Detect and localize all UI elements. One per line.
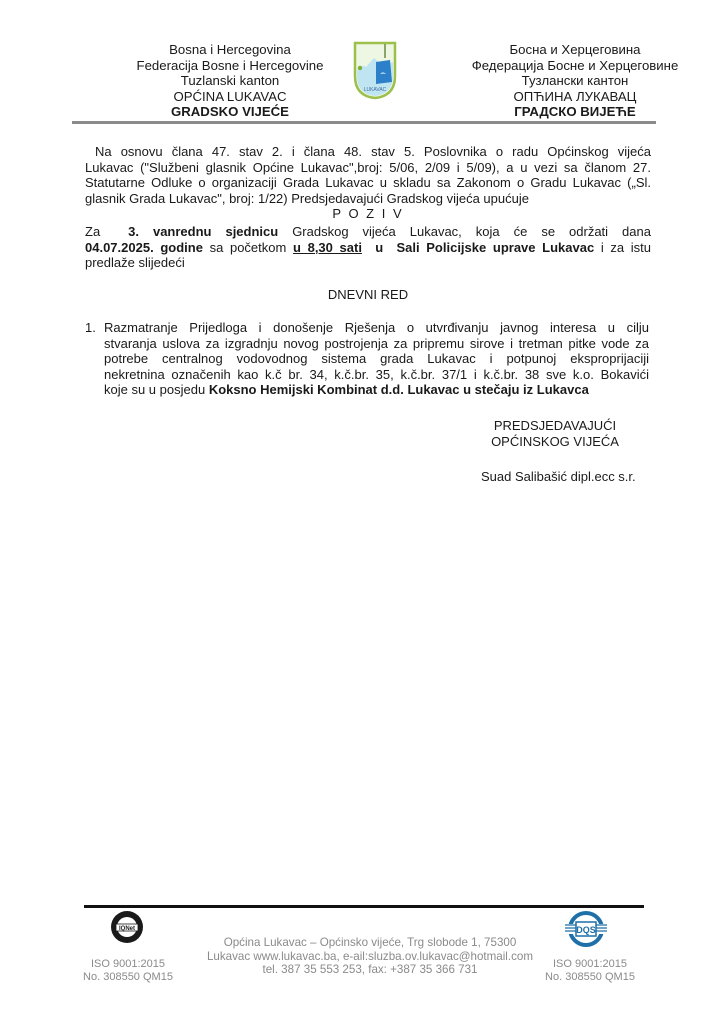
- intro-line: Statutarne Odluke o organizaciji Grada L…: [85, 175, 651, 191]
- invitation-line-1: Za 3. vanrednu sjednicu Gradskog vijeća …: [85, 224, 651, 240]
- intro-line: Lukavac ("Službeni glasnik Općine Lukava…: [85, 160, 651, 176]
- signature-title: PREDSJEDAVAJUĆI: [470, 418, 640, 434]
- iqnet-certification-icon: IQNet: [110, 910, 144, 944]
- invitation-line-2: 04.07.2025. godine sa početkom u 8,30 sa…: [85, 240, 651, 256]
- agenda-item-number: 1.: [85, 320, 96, 336]
- header-council: GRADSKO VIJEĆE: [100, 104, 360, 120]
- header-federation-cyr: Федерација Босне и Херцеговине: [470, 58, 680, 74]
- session-time: u 8,30 sati: [293, 240, 362, 255]
- session-date: 04.07.2025. godine: [85, 240, 203, 255]
- signature-title-2: OPĆINSKOG VIJEĆA: [470, 434, 640, 450]
- intro-paragraph: Na osnovu člana 47. stav 2. i člana 48. …: [85, 144, 651, 206]
- left-iso-label: ISO 9001:2015 No. 308550 QM15: [78, 958, 178, 984]
- svg-text:DQS: DQS: [576, 925, 596, 935]
- property-owner: Koksno Hemijski Kombinat d.d. Lukavac u …: [209, 382, 589, 397]
- svg-text:IQNet: IQNet: [119, 926, 135, 932]
- invitation-line-3: predlaže slijedeći: [85, 255, 651, 271]
- right-iso-label: ISO 9001:2015 No. 308550 QM15: [540, 958, 640, 984]
- coat-of-arms-icon: LUKAVAC: [352, 40, 398, 100]
- agenda-item: Razmatranje Prijedloga i donošenje Rješe…: [104, 320, 649, 398]
- invitation-heading: P O Z I V: [85, 206, 651, 221]
- header-canton: Tuzlanski kanton: [100, 73, 360, 89]
- website-link[interactable]: www.lukavac.ba: [253, 950, 336, 963]
- header-canton-cyr: Тузлански кантон: [470, 73, 680, 89]
- header-divider: [72, 121, 656, 124]
- header-latin: Bosna i Hercegovina Federacija Bosne i H…: [100, 42, 360, 120]
- header-federation: Federacija Bosne i Hercegovine: [100, 58, 360, 74]
- header-municipality: OPĆINA LUKAVAC: [100, 89, 360, 105]
- header-municipality-cyr: ОПЋИНА ЛУКАВАЦ: [470, 89, 680, 105]
- header-cyrillic: Босна и Херцеговина Федерација Босне и Х…: [470, 42, 680, 120]
- dqs-certification-icon: DQS: [563, 910, 609, 948]
- email-text: , e-ail:sluzba.ov.lukavac@hotmail.com: [337, 950, 534, 963]
- svg-text:LUKAVAC: LUKAVAC: [364, 87, 387, 93]
- signature-block: PREDSJEDAVAJUĆI OPĆINSKOG VIJEĆA: [470, 418, 640, 449]
- signatory-name: Suad Salibašić dipl.ecc s.r.: [481, 469, 636, 484]
- header-country-cyr: Босна и Херцеговина: [470, 42, 680, 58]
- footer-divider: [84, 905, 644, 908]
- session-place: Sali Policijske uprave Lukavac: [396, 240, 594, 255]
- footer-address: Općina Lukavac – Općinsko vijeće, Trg sl…: [180, 936, 560, 977]
- header-country: Bosna i Hercegovina: [100, 42, 360, 58]
- agenda-title: DNEVNI RED: [85, 287, 651, 302]
- footer-phone: tel. 387 35 553 253, fax: +387 35 366 73…: [180, 963, 560, 977]
- invitation-paragraph: Za 3. vanrednu sjednicu Gradskog vijeća …: [85, 224, 651, 271]
- intro-line: Na osnovu člana 47. stav 2. i člana 48. …: [85, 144, 651, 160]
- session-name: 3. vanrednu sjednicu: [128, 224, 278, 239]
- header-council-cyr: ГРАДСКО ВИЈЕЋЕ: [470, 104, 680, 120]
- intro-line: glasnik Grada Lukavac", broj: 1/22) Pred…: [85, 191, 651, 207]
